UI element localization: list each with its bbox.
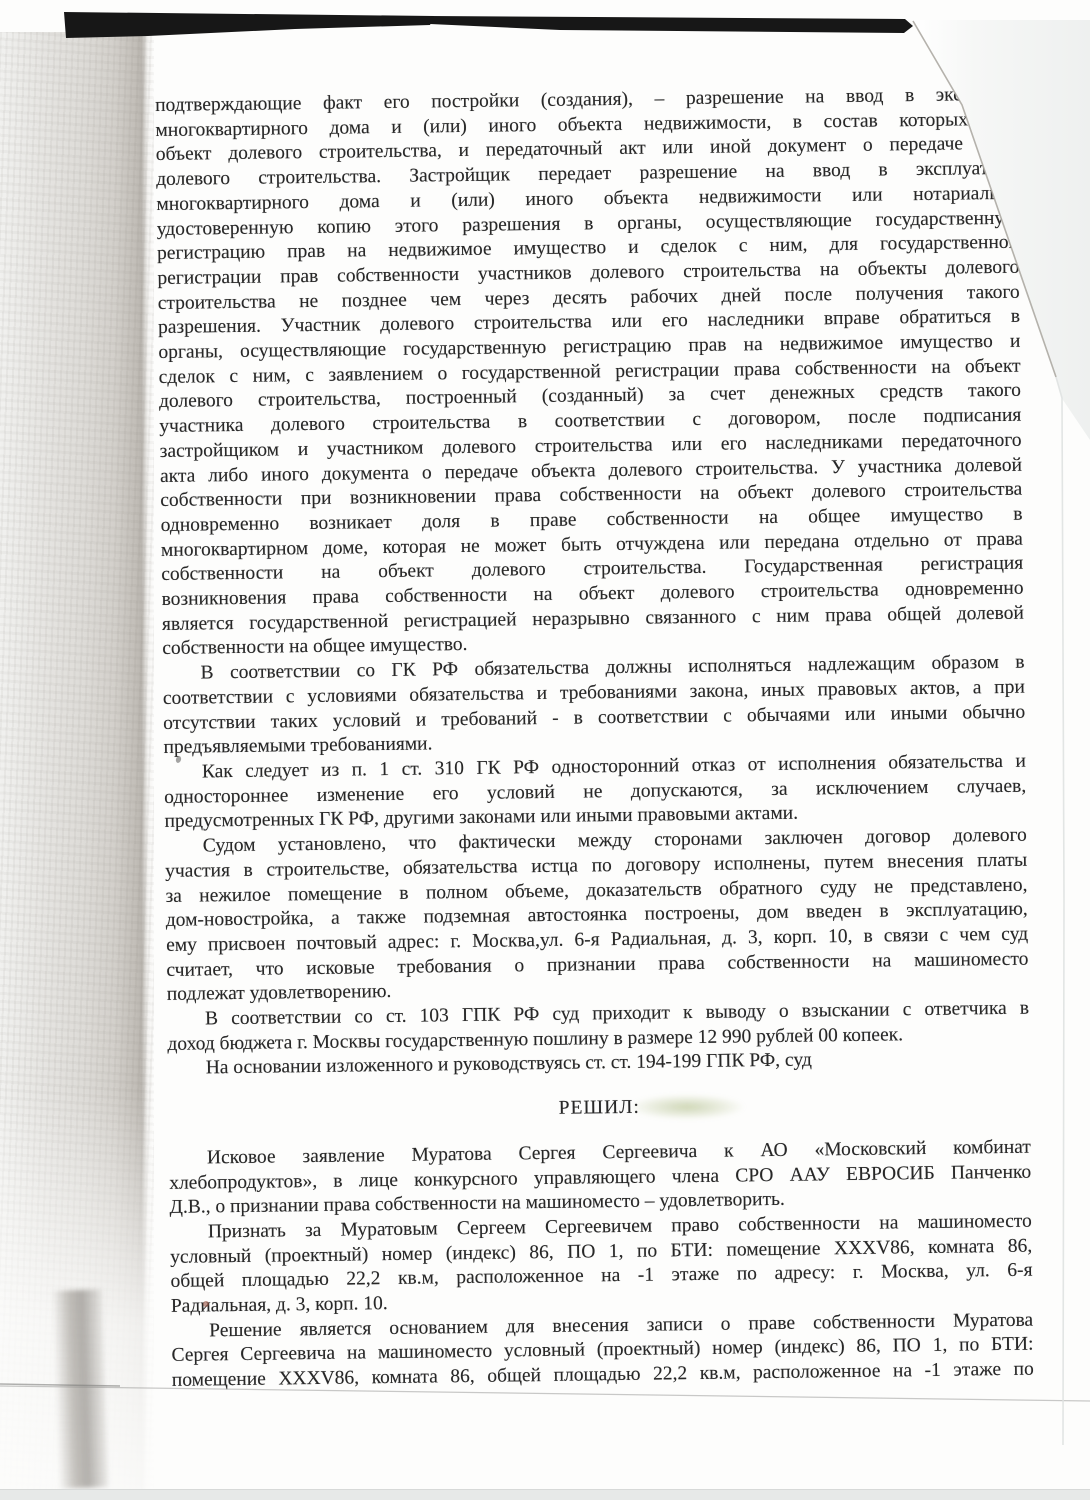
paragraph-basis-for-record: Решение является основанием для внесения… (171, 1308, 1034, 1393)
top-scan-bar (430, 16, 913, 33)
paragraph-unilateral-refusal: Как следует из п. 1 ст. 310 ГК РФ одност… (164, 750, 1027, 835)
paragraph-gk-rf-obligations: В соответствии со ГК РФ обязательства до… (162, 651, 1025, 761)
heading-reshil: РЕШИЛ: (168, 1091, 1030, 1127)
paragraph-construction-handover: подтверждающие факт его постройки (созда… (155, 83, 1024, 662)
left-spine-shadow (0, 32, 154, 1500)
document-text: подтверждающие факт его постройки (созда… (155, 83, 1034, 1394)
paragraph-court-established: Судом установлено, что фактически между … (165, 824, 1029, 1008)
page-right-edge-line (1056, 377, 1064, 1445)
paragraph-recognize-ownership: Признать за Муратовым Сергеем Сергеевиче… (170, 1210, 1033, 1320)
bottom-left-smudge-artifact (52, 1289, 109, 1489)
red-dot-artifact (203, 1301, 209, 1307)
scanned-court-decision-page: подтверждающие факт его постройки (созда… (0, 0, 1090, 1500)
paragraph-claim-satisfied: Исковое заявление Муратова Сергея Сергее… (169, 1135, 1032, 1220)
scan-bottom-edge (0, 1489, 1090, 1500)
